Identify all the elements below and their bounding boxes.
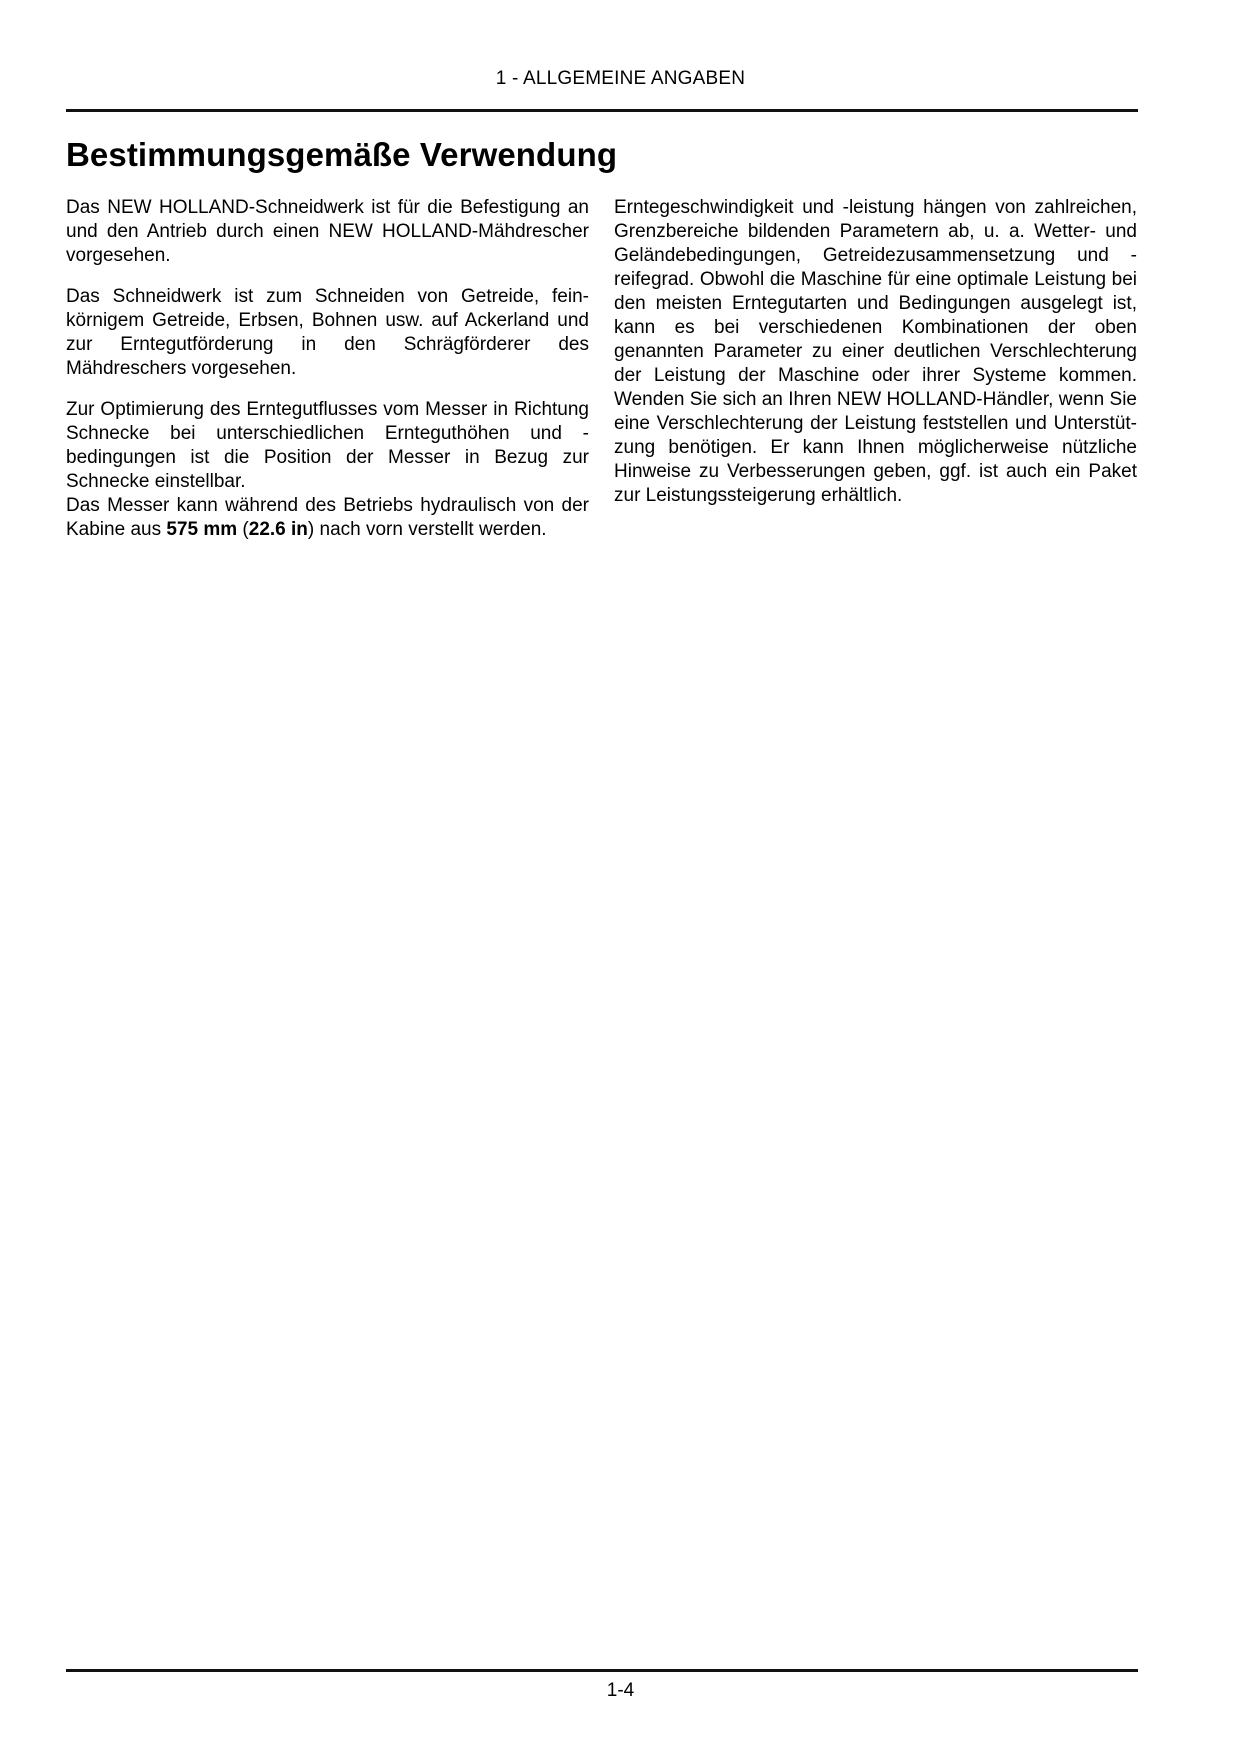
right-column: Erntegeschwindigkeit und -leistung hänge… xyxy=(614,196,1137,525)
paragraph-performance: Erntegeschwindigkeit und -leistung hänge… xyxy=(614,196,1137,508)
paragraph-intended-crops: Das Schneidwerk ist zum Schneiden von Ge… xyxy=(66,285,589,381)
paragraph-knife-position: Zur Optimierung des Erntegutflusses vom … xyxy=(66,398,589,494)
paragraph-knife-adjustment: Das Messer kann während des Betriebs hyd… xyxy=(66,494,589,542)
adjust-text-suffix: ) nach vorn verstellt wer­den. xyxy=(308,519,547,540)
footer-divider xyxy=(66,1669,1138,1672)
page-number: 1-4 xyxy=(0,1680,1241,1702)
chapter-header: 1 - ALLGEMEINE ANGABEN xyxy=(0,68,1241,90)
paragraph-intended-attachment: Das NEW HOLLAND-Schneidwerk ist für die … xyxy=(66,196,589,268)
adjust-value-mm: 575 mm xyxy=(166,519,237,540)
adjust-open-paren: ( xyxy=(237,519,249,540)
page-title: Bestimmungsgemäße Verwendung xyxy=(66,136,617,174)
left-column: Das NEW HOLLAND-Schneidwerk ist für die … xyxy=(66,196,589,559)
adjust-value-in: 22.6 in xyxy=(249,519,308,540)
header-divider xyxy=(66,109,1138,112)
